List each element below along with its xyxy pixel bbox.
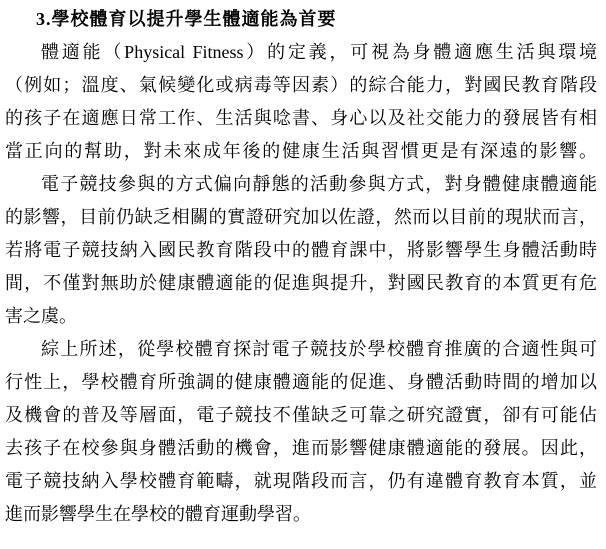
paragraph-line: 的孩子在適應日常工作、生活與唸書、身心以及社交能力的發展皆有相 (5, 102, 597, 135)
paragraph-line: 的影響，目前仍缺乏相關的實證研究加以佐證，然而以目前的現狀而言， (5, 201, 597, 234)
paragraph-line: 若將電子競技納入國民教育階段中的體育課中，將影響學生身體活動時 (5, 234, 597, 267)
document-page: 3.學校體育以提升學生體適能為首要 體適能（Physical Fitness）的… (0, 0, 606, 549)
paragraph-line: 害之虞。 (5, 300, 597, 333)
paragraph-line: 行性上，學校體育所強調的健康體適能的促進、身體活動時間的增加以 (5, 366, 597, 399)
paragraph-line: 去孩子在校參與身體活動的機會，進而影響健康體適能的發展。因此， (5, 432, 597, 465)
paragraph-line: 體適能（Physical Fitness）的定義，可視為身體適應生活與環境 (5, 36, 597, 69)
paragraph-line: 間，不僅對無助於健康體適能的促進與提升，對國民教育的本質更有危 (5, 267, 597, 300)
paragraph-line: 進而影響學生在學校的體育運動學習。 (5, 498, 597, 531)
paragraph-line: 電子競技參與的方式偏向靜態的活動參與方式，對身體健康體適能 (5, 168, 597, 201)
paragraph-line: 綜上所述，從學校體育探討電子競技於學校體育推廣的合適性與可 (5, 333, 597, 366)
paragraph-line: 當正向的幫助，對未來成年後的健康生活與習慣更是有深遠的影響。 (5, 135, 597, 168)
paragraph-line: 電子競技納入學校體育範疇，就現階段而言，仍有違體育教育本質，並 (5, 465, 597, 498)
paragraph-line: 及機會的普及等層面，電子競技不僅缺乏可靠之研究證實，卻有可能佔 (5, 399, 597, 432)
paragraph-line: （例如；溫度、氣候變化或病毒等因素）的綜合能力，對國民教育階段 (5, 69, 597, 102)
section-heading: 3.學校體育以提升學生體適能為首要 (5, 3, 597, 36)
